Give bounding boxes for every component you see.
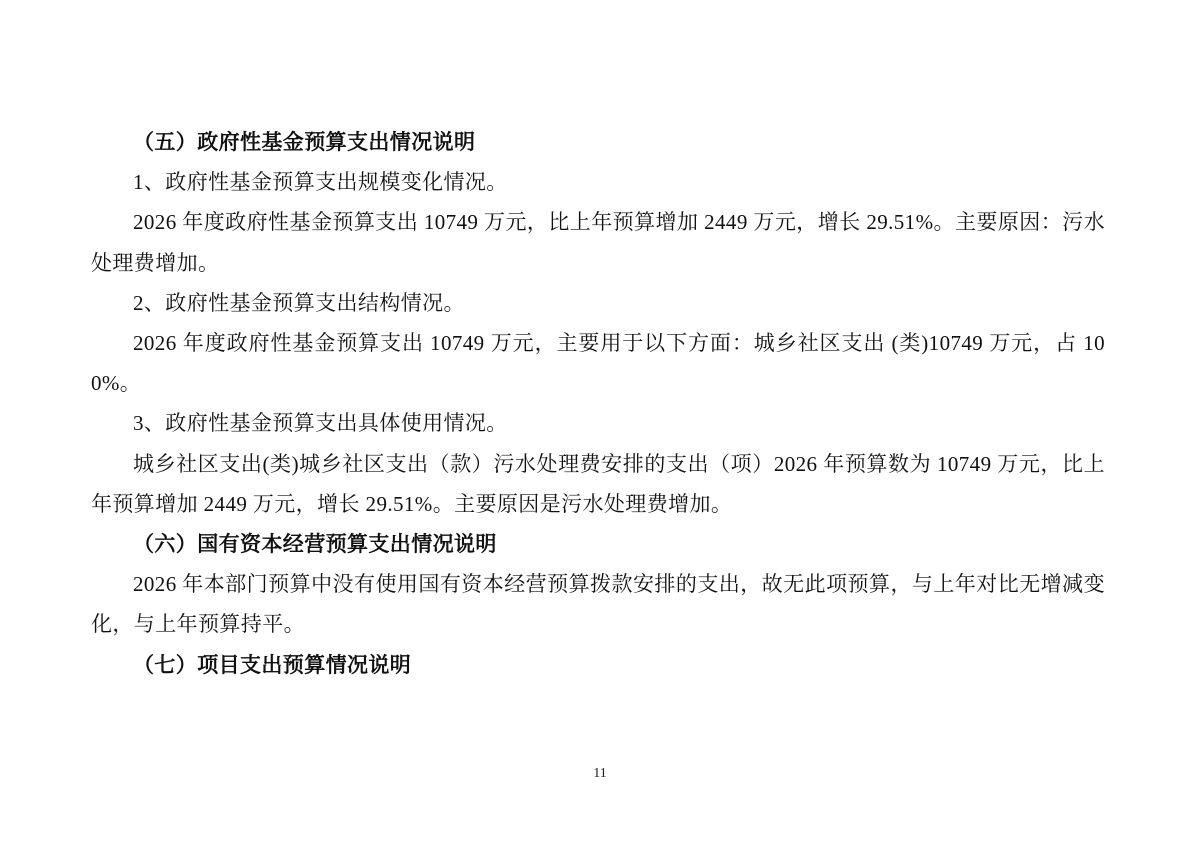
- body-paragraph: 3、政府性基金预算支出具体使用情况。: [91, 403, 1105, 443]
- body-paragraph: 城乡社区支出(类)城乡社区支出（款）污水处理费安排的支出（项）2026 年预算数…: [91, 444, 1105, 524]
- body-paragraph: 2026 年度政府性基金预算支出 10749 万元，比上年预算增加 2449 万…: [91, 202, 1105, 282]
- section-heading: （七）项目支出预算情况说明: [91, 645, 1105, 685]
- document-page: （五）政府性基金预算支出情况说明1、政府性基金预算支出规模变化情况。2026 年…: [0, 0, 1200, 848]
- page-number: 11: [0, 766, 1200, 782]
- body-paragraph: 2026 年本部门预算中没有使用国有资本经营预算拨款安排的支出，故无此项预算，与…: [91, 564, 1105, 644]
- body-paragraph: 2、政府性基金预算支出结构情况。: [91, 283, 1105, 323]
- body-paragraph: 1、政府性基金预算支出规模变化情况。: [91, 162, 1105, 202]
- document-body: （五）政府性基金预算支出情况说明1、政府性基金预算支出规模变化情况。2026 年…: [91, 122, 1105, 685]
- body-paragraph: 2026 年度政府性基金预算支出 10749 万元，主要用于以下方面：城乡社区支…: [91, 323, 1105, 403]
- section-heading: （五）政府性基金预算支出情况说明: [91, 122, 1105, 162]
- section-heading: （六）国有资本经营预算支出情况说明: [91, 524, 1105, 564]
